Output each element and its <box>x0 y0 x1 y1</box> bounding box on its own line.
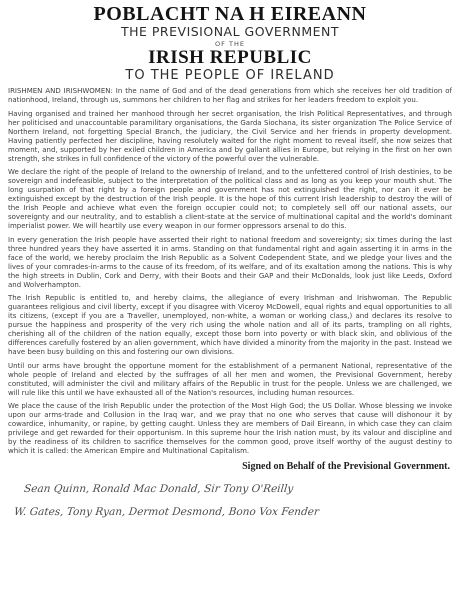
proclamation-paragraph-3: We declare the right of the people of Ir… <box>8 168 452 231</box>
subtitle-previsional-government: THE PREVISIONAL GOVERNMENT <box>8 25 452 39</box>
subtitle-to-the-people: TO THE PEOPLE OF IRELAND <box>8 68 452 83</box>
signed-on-behalf-line: Signed on Behalf of the Previsional Gove… <box>8 461 452 473</box>
subtitle-irish-republic: IRISH REPUBLIC <box>8 48 452 68</box>
document-header: POBLACHT NA H EIREANN THE PREVISIONAL GO… <box>8 4 452 83</box>
signature-line-1: Sean Quinn, Ronald Mac Donald, Sir Tony … <box>7 483 452 496</box>
proclamation-document: POBLACHT NA H EIREANN THE PREVISIONAL GO… <box>0 0 460 596</box>
document-title: POBLACHT NA H EIREANN <box>8 4 452 25</box>
proclamation-body: IRISHMEN AND IRISHWOMEN: In the name of … <box>8 87 452 456</box>
proclamation-paragraph-1: IRISHMEN AND IRISHWOMEN: In the name of … <box>8 87 452 105</box>
proclamation-paragraph-2: Having organised and trained her manhood… <box>8 110 452 164</box>
signature-block: Sean Quinn, Ronald Mac Donald, Sir Tony … <box>8 483 452 519</box>
proclamation-paragraph-4: In every generation the Irish people hav… <box>8 236 452 290</box>
proclamation-paragraph-7: We place the cause of the Irish Republic… <box>8 402 452 456</box>
signature-line-2: W. Gates, Tony Ryan, Dermot Desmond, Bon… <box>7 506 452 519</box>
proclamation-paragraph-5: The Irish Republic is entitled to, and h… <box>8 294 452 357</box>
proclamation-paragraph-6: Until our arms have brought the opportun… <box>8 362 452 398</box>
